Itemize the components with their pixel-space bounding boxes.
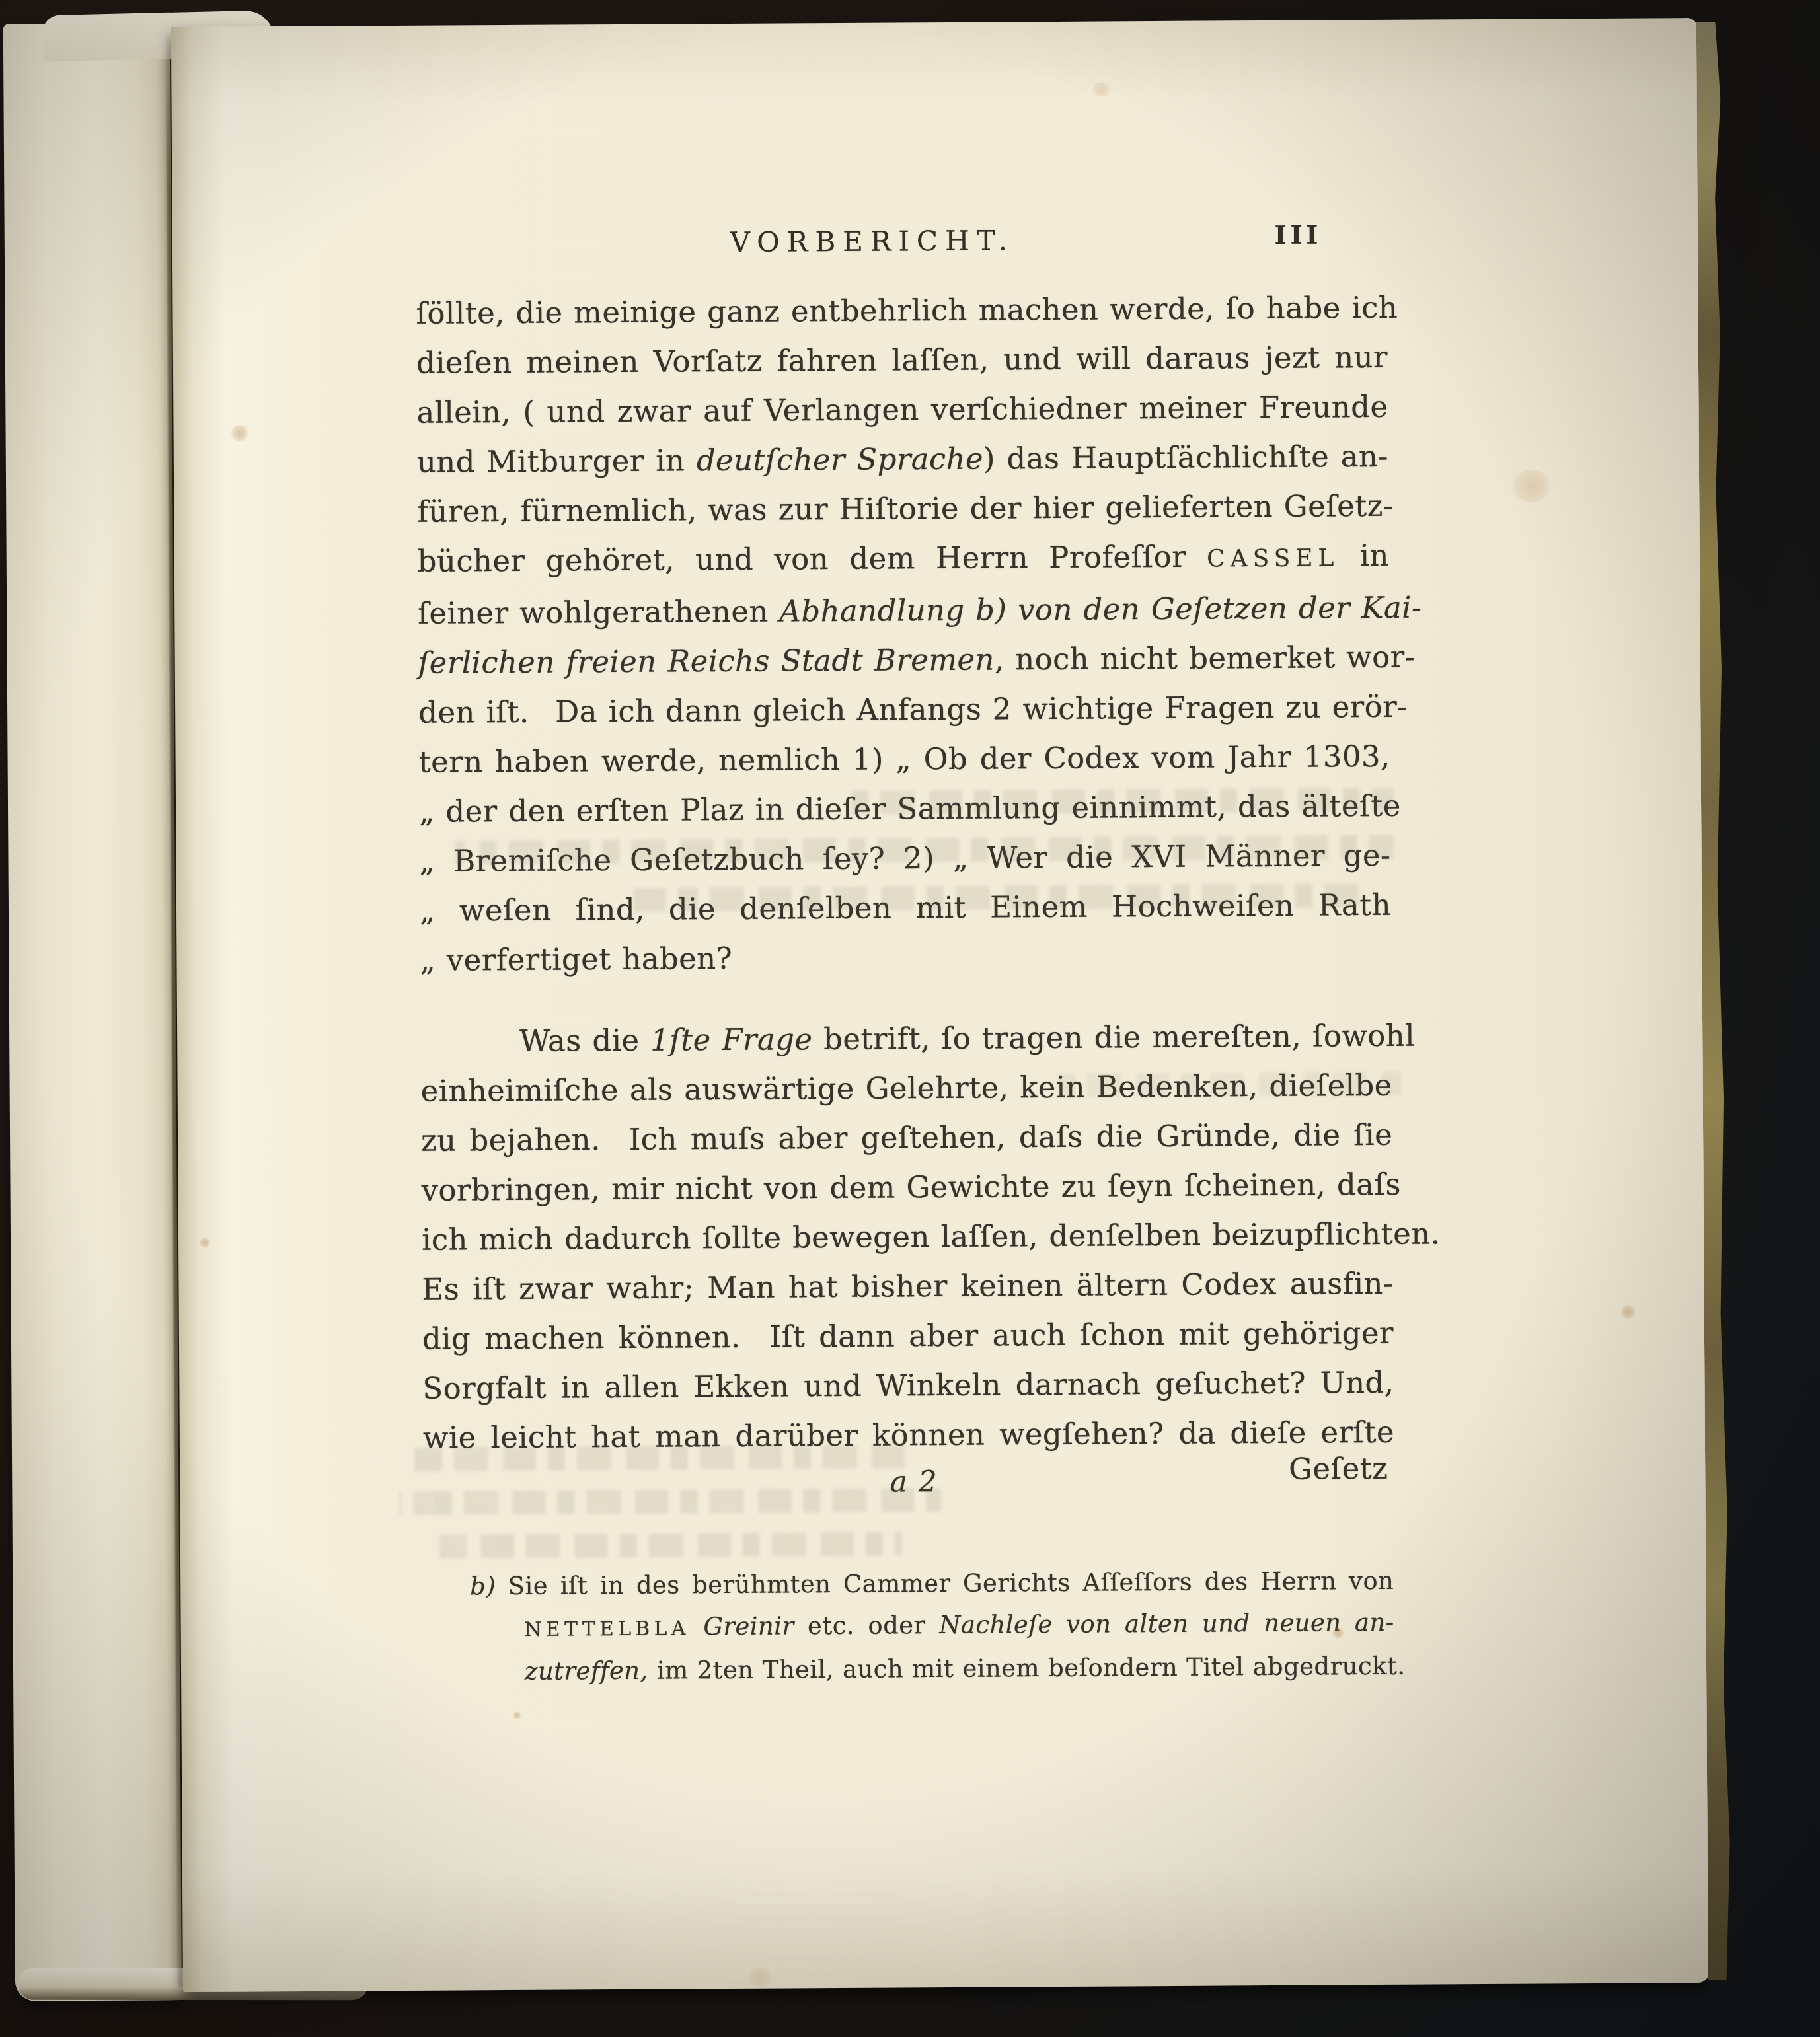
text-segment: wie leicht hat man darüber können wegſeh… <box>423 1415 1394 1456</box>
text-line: allein, ( und zwar auf Verlangen verſchi… <box>416 382 1388 437</box>
text-segment: ) das Hauptſächlichſte an- <box>983 439 1388 476</box>
text-segment: Nachleſe von alten und neuen an- <box>939 1608 1394 1639</box>
text-segment: allein, ( und zwar auf Verlangen verſchi… <box>416 389 1388 430</box>
page-number: III <box>1275 219 1322 249</box>
body-text: ſöllte, die meinige ganz entbehrlich mac… <box>416 283 1396 1693</box>
signature-line: a 2 Geſetz <box>423 1454 1394 1504</box>
text-line: den iſt. Da ich dann gleich Anfangs 2 wi… <box>418 682 1390 737</box>
text-line: und Mitburger in deutſcher Sprache) das … <box>417 431 1388 487</box>
text-line: einheimiſche als auswärtige Gelehrte, ke… <box>420 1060 1392 1116</box>
book-page: VORBERICHT. III ſöllte, die meinige ganz… <box>171 18 1710 1992</box>
paragraph-1: ſöllte, die meinige ganz entbehrlich mac… <box>416 283 1391 985</box>
foxing-spot <box>1510 469 1552 502</box>
text-line: ſöllte, die meinige ganz entbehrlich mac… <box>416 283 1387 338</box>
text-segment: deutſcher Sprache <box>697 441 983 478</box>
scan-backdrop: VORBERICHT. III ſöllte, die meinige ganz… <box>0 0 1820 2037</box>
text-segment: , noch nicht bemerket wor- <box>995 640 1416 677</box>
text-line: „ verfertiget haben? <box>420 930 1391 985</box>
text-segment: ich mich dadurch ſollte bewegen laſſen, … <box>422 1216 1441 1257</box>
text-segment: dieſen meinen Vorſatz fahren laſſen, und… <box>416 340 1388 381</box>
text-segment: „ der den erſten Plaz in dieſer Sammlung… <box>419 788 1401 829</box>
text-line: ſerlichen freien Reichs Stadt Bremen, no… <box>418 632 1389 688</box>
text-line: Es iſt zwar wahr; Man hat bisher keinen … <box>422 1259 1393 1314</box>
text-line: b) Sie iſt in des berühmten Cammer Geric… <box>470 1560 1394 1608</box>
signature-mark: a 2 <box>890 1457 937 1506</box>
text-line: Sorgfalt in allen Ekken und Winkeln darn… <box>422 1358 1394 1413</box>
left-page-edge <box>3 23 182 2001</box>
text-segment: Sorgfalt in allen Ekken und Winkeln darn… <box>422 1365 1394 1406</box>
text-segment: füren, fürnemlich, was zur Hiſtorie der … <box>417 488 1393 529</box>
text-line: „ der den erſten Plaz in dieſer Sammlung… <box>419 781 1390 836</box>
text-line: zu bejahen. Ich muſs aber geſtehen, daſs… <box>421 1110 1392 1166</box>
text-line: „ weſen ſind, die denſelben mit Einem Ho… <box>420 880 1391 936</box>
text-line: dieſen meinen Vorſatz fahren laſſen, und… <box>416 332 1388 388</box>
foxing-spot <box>746 1968 774 1987</box>
text-segment: Greinir <box>703 1611 794 1641</box>
text-segment: ſerlichen freien Reichs Stadt Bremen <box>418 642 995 681</box>
text-segment: bücher gehöret, und von dem Herrn Profeſ… <box>418 539 1207 579</box>
text-segment: tern haben werde, nemlich 1) „ Ob der Co… <box>418 739 1390 780</box>
text-line: vorbringen, mir nicht von dem Gewichte z… <box>421 1160 1392 1215</box>
foxing-spot <box>1091 82 1111 96</box>
text-segment: zu bejahen. Ich muſs aber geſtehen, daſs… <box>421 1117 1392 1158</box>
text-segment: „ verfertiget haben? <box>420 941 732 978</box>
text-segment: betrift, ſo tragen die mereſten, ſowohl <box>812 1018 1415 1057</box>
text-segment: Es iſt zwar wahr; Man hat bisher keinen … <box>422 1266 1393 1307</box>
foxing-spot <box>231 424 248 441</box>
text-segment: Was die <box>519 1023 650 1058</box>
text-line: füren, fürnemlich, was zur Hiſtorie der … <box>417 481 1388 537</box>
text-segment: CASSEL <box>1207 544 1339 572</box>
foxing-spot <box>513 1711 521 1719</box>
text-line: „ Bremiſche Geſetzbuch ſey? 2) „ Wer die… <box>419 831 1390 886</box>
text-line: ich mich dadurch ſollte bewegen laſſen, … <box>422 1209 1393 1265</box>
open-book: VORBERICHT. III ſöllte, die meinige ganz… <box>0 0 1820 2037</box>
text-segment: vorbringen, mir nicht von dem Gewichte z… <box>421 1167 1401 1208</box>
text-line: tern haben werde, nemlich 1) „ Ob der Co… <box>418 731 1390 787</box>
text-segment: NETTELBLA <box>525 1617 690 1641</box>
text-segment: im 2ten Theil, auch mit einem beſondern … <box>648 1652 1406 1685</box>
text-line: Was die 1ſte Frage betrift, ſo tragen di… <box>420 1011 1392 1066</box>
text-segment: einheimiſche als auswärtige Gelehrte, ke… <box>421 1068 1392 1109</box>
paragraph-2: Was die 1ſte Frage betrift, ſo tragen di… <box>420 1011 1394 1463</box>
text-segment: ſeiner wohlgerathenen <box>418 594 780 631</box>
text-segment: „ weſen ſind, die denſelben mit Einem Ho… <box>420 887 1391 928</box>
text-line: NETTELBLA Greinir etc. oder Nachleſe von… <box>470 1602 1394 1651</box>
text-segment: Sie iſt in des berühmten Cammer Gerichts… <box>496 1567 1394 1600</box>
text-segment: „ Bremiſche Geſetzbuch ſey? 2) „ Wer die… <box>419 838 1390 879</box>
text-segment: b) <box>470 1572 496 1600</box>
text-segment <box>690 1612 704 1641</box>
catchword: Geſetz <box>1289 1444 1388 1494</box>
foxing-spot <box>1621 1305 1636 1319</box>
text-segment: etc. oder <box>794 1611 939 1640</box>
text-segment: in <box>1339 538 1389 573</box>
text-segment: ſöllte, die meinige ganz entbehrlich mac… <box>416 290 1398 331</box>
text-segment: und Mitburger in <box>417 443 697 480</box>
text-line: dig machen können. Iſt dann aber auch ſc… <box>422 1308 1394 1364</box>
foxing-spot <box>200 1238 210 1248</box>
text-segment: zutreffen, <box>525 1656 648 1685</box>
running-title: VORBERICHT. <box>410 222 1335 260</box>
text-segment: den iſt. Da ich dann gleich Anfangs 2 wi… <box>418 689 1408 730</box>
text-segment: Abhandlung b) von den Geſetzen der Kai- <box>779 590 1422 629</box>
text-line: ſeiner wohlgerathenen Abhandlung b) von … <box>418 583 1389 638</box>
text-segment: 1ſte Frage <box>650 1021 813 1057</box>
footnote: b) Sie iſt in des berühmten Cammer Geric… <box>470 1560 1394 1693</box>
text-line: zutreffen, im 2ten Theil, auch mit einem… <box>471 1645 1394 1693</box>
text-line: bücher gehöret, und von dem Herrn Profeſ… <box>418 531 1389 589</box>
text-segment: dig machen können. Iſt dann aber auch ſc… <box>422 1315 1394 1356</box>
